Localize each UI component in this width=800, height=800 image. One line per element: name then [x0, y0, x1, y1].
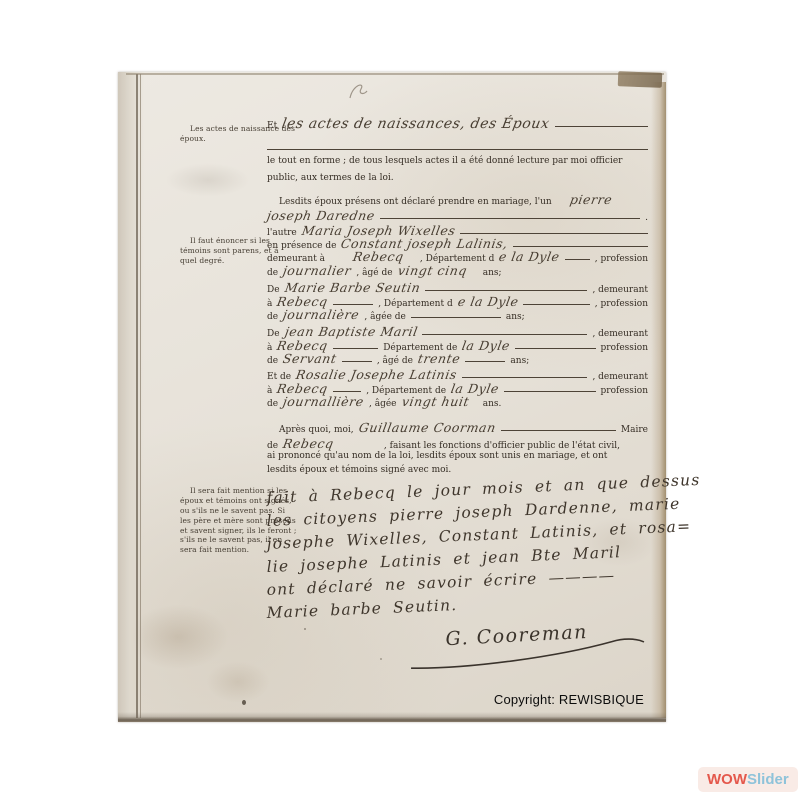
handwritten-text: journalier [282, 263, 353, 278]
printed-text: lesdits époux et témoins signé avec moi. [267, 465, 451, 475]
ink-flourish-icon [346, 80, 372, 102]
printed-text: ans; [510, 356, 529, 366]
blank-rule [342, 361, 372, 362]
handwritten-text: jean Baptiste Maril [283, 324, 418, 339]
printed-text: de [267, 268, 278, 278]
document-scan-page: Les actes de naissance des époux.Il faut… [118, 72, 666, 722]
handwritten-text: Guillaume Coorman [357, 420, 497, 435]
handwritten-text: Rosalie Josephe Latinis [295, 367, 459, 382]
page-right-edge [651, 82, 666, 718]
blank-rule [333, 348, 378, 349]
blank-rule [555, 126, 648, 127]
blank-rule [333, 304, 373, 305]
document-line: deRebecq, faisant les fonctions d'offici… [267, 436, 648, 450]
document-line: àRebecq, Département dela Dyleprofession [267, 381, 648, 395]
document-line: dejournallière, âgéevingt huitans. [267, 394, 648, 408]
watermark-slider-text: Slider [747, 771, 789, 788]
handwritten-text: journallière [282, 394, 366, 409]
printed-text: Après quoi, moi, [279, 425, 354, 435]
printed-text: ans; [506, 312, 525, 322]
printed-text: de [267, 399, 278, 409]
blank-rule [380, 218, 640, 219]
document-line: le tout en forme ; de tous lesquels acte… [267, 156, 648, 170]
blank-rule [523, 304, 589, 305]
document-line: ai prononcé qu'au nom de la loi, lesdits… [267, 451, 648, 465]
handwritten-text: pierre [568, 192, 613, 207]
ink-speck [380, 658, 382, 660]
printed-text: , faisant les fonctions d'officier publi… [384, 441, 620, 451]
binding-line [140, 74, 141, 718]
document-line: dejournalière, âgée deans; [267, 307, 648, 321]
document-line: Dejean Baptiste Maril, demeurant [267, 324, 648, 338]
document-line: public, aux termes de la loi. [267, 173, 648, 187]
printed-text: , âgé de [377, 356, 413, 366]
document-line: àRebecq, Département de la Dyle, profess… [267, 294, 648, 308]
document-line: joseph Daredne. [267, 208, 648, 222]
handwritten-text: trente [417, 351, 462, 366]
handwritten-text: vingt huit [400, 394, 470, 409]
blank-rule [465, 361, 505, 362]
printed-text: , âgée [369, 399, 397, 409]
signature-block: G. Cooreman [407, 618, 649, 673]
printed-text: , âgée de [364, 312, 405, 322]
document-line: deServant, âgé detrenteans; [267, 351, 648, 365]
wowslider-watermark-link[interactable]: WOWSlider [698, 767, 798, 792]
handwritten-text: Rebecq [282, 436, 335, 451]
document-line: DeMarie Barbe Seutin, demeurant [267, 280, 648, 294]
blank-rule [460, 233, 648, 234]
handwritten-text: vingt cinq [396, 263, 468, 278]
handwritten-text: Rebecq [352, 249, 405, 264]
slideshow-stage: Les actes de naissance des époux.Il faut… [0, 0, 800, 800]
document-line: Après quoi, moi,Guillaume CoormanMaire [267, 420, 648, 434]
handwritten-text: joseph Daredne [266, 208, 377, 223]
printed-text: ans; [483, 268, 502, 278]
blank-rule [515, 348, 595, 349]
document-line: dejournalier, âgé devingt cinqans; [267, 263, 648, 277]
blank-rule [565, 259, 590, 260]
document-line [267, 145, 648, 153]
binding-line [136, 74, 138, 718]
blank-rule [333, 391, 361, 392]
printed-text: le tout en forme ; de tous lesquels acte… [267, 156, 622, 166]
document-line: Lesdits époux présens ont déclaré prendr… [267, 192, 648, 206]
printed-text: de [267, 441, 278, 451]
blank-rule [425, 290, 587, 291]
blank-rule [462, 377, 587, 378]
document-line: l'autreMaria Joseph Wixelles [267, 223, 648, 237]
blank-rule [504, 391, 595, 392]
binding-corner-stain [618, 71, 662, 88]
ink-speck [242, 700, 246, 705]
handwritten-text: Marie Barbe Seutin [283, 280, 421, 295]
blank-rule [422, 334, 587, 335]
printed-text: public, aux termes de la loi. [267, 173, 394, 183]
printed-text: ai prononcé qu'au nom de la loi, lesdits… [267, 451, 607, 461]
blank-rule [411, 317, 501, 318]
document-line: àRebecqDépartement dela Dyleprofession [267, 338, 648, 352]
document-line: Etles actes de naissances, des Époux [267, 116, 648, 130]
document-line: en présence deConstant joseph Lalinis, [267, 236, 648, 250]
page-bottom-edge [118, 712, 666, 722]
printed-text: de [267, 356, 278, 366]
document-line: demeurant àRebecq, Département de la Dyl… [267, 249, 648, 263]
blank-rule [513, 246, 648, 247]
printed-text: de [267, 312, 278, 322]
printed-text: Maire [621, 425, 648, 435]
watermark-wow-text: WOW [707, 771, 747, 788]
printed-text: ans. [483, 399, 502, 409]
handwritten-text: e la Dyle [498, 249, 561, 264]
printed-text: . [645, 213, 648, 223]
blank-rule [267, 149, 648, 150]
ink-speck [304, 628, 306, 630]
handwritten-text: les actes de naissances, des Époux [281, 116, 551, 132]
printed-text: , âgé de [356, 268, 392, 278]
printed-text: Lesdits époux présens ont déclaré prendr… [279, 197, 552, 207]
blank-rule [501, 430, 616, 431]
handwritten-text: Servant [282, 351, 338, 366]
page-top-edge [126, 73, 664, 75]
printed-text: Et [267, 121, 277, 131]
handwritten-text: journalière [282, 307, 361, 322]
document-line: Et deRosalie Josephe Latinis, demeurant [267, 367, 648, 381]
copyright-text: Copyright: REWISBIQUE [494, 692, 644, 707]
page-left-edge [118, 72, 144, 722]
